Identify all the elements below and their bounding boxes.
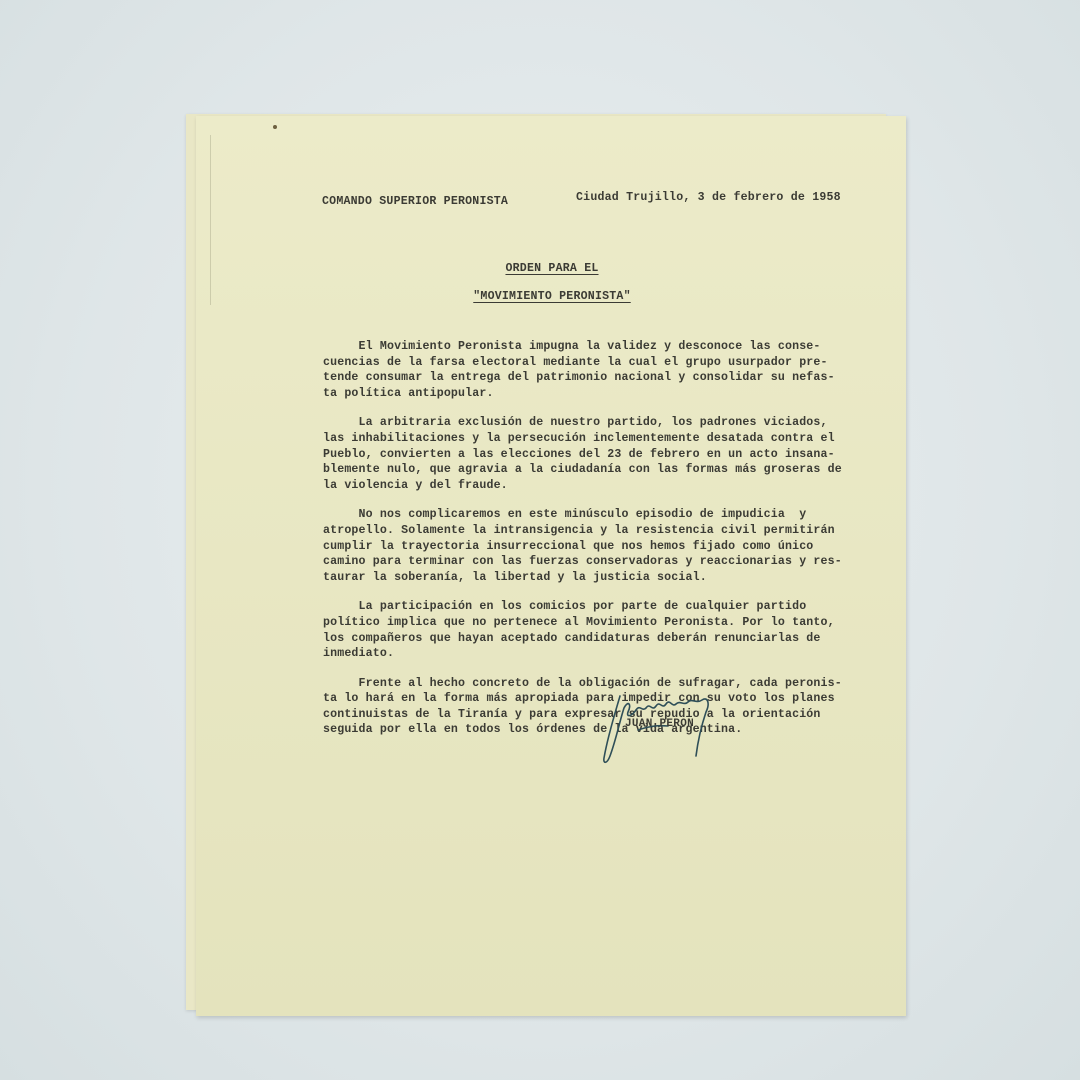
- paper-speck: [273, 125, 277, 129]
- paragraph: El Movimiento Peronista impugna la valid…: [323, 339, 863, 401]
- document-body: El Movimiento Peronista impugna la valid…: [323, 339, 863, 752]
- paragraph: La participación en los comicios por par…: [323, 599, 863, 661]
- signature-typed-name: JUAN PERON: [625, 718, 694, 730]
- title-line-2-text: "MOVIMIENTO PERONISTA": [473, 290, 630, 303]
- paragraph: Frente al hecho concreto de la obligació…: [323, 676, 863, 738]
- paragraph: La arbitraria exclusión de nuestro parti…: [323, 415, 863, 493]
- paper-crease: [210, 135, 211, 305]
- header-place-date: Ciudad Trujillo, 3 de febrero de 1958: [576, 190, 841, 206]
- paragraph: No nos complicaremos en este minúsculo e…: [323, 507, 863, 585]
- handwritten-signature: [598, 690, 728, 770]
- document-title-line-2: "MOVIMIENTO PERONISTA": [12, 290, 1080, 303]
- title-line-1-text: ORDEN PARA EL: [505, 262, 598, 275]
- header-organization: COMANDO SUPERIOR PERONISTA: [322, 194, 508, 210]
- document-title-line-1: ORDEN PARA EL: [12, 262, 1080, 275]
